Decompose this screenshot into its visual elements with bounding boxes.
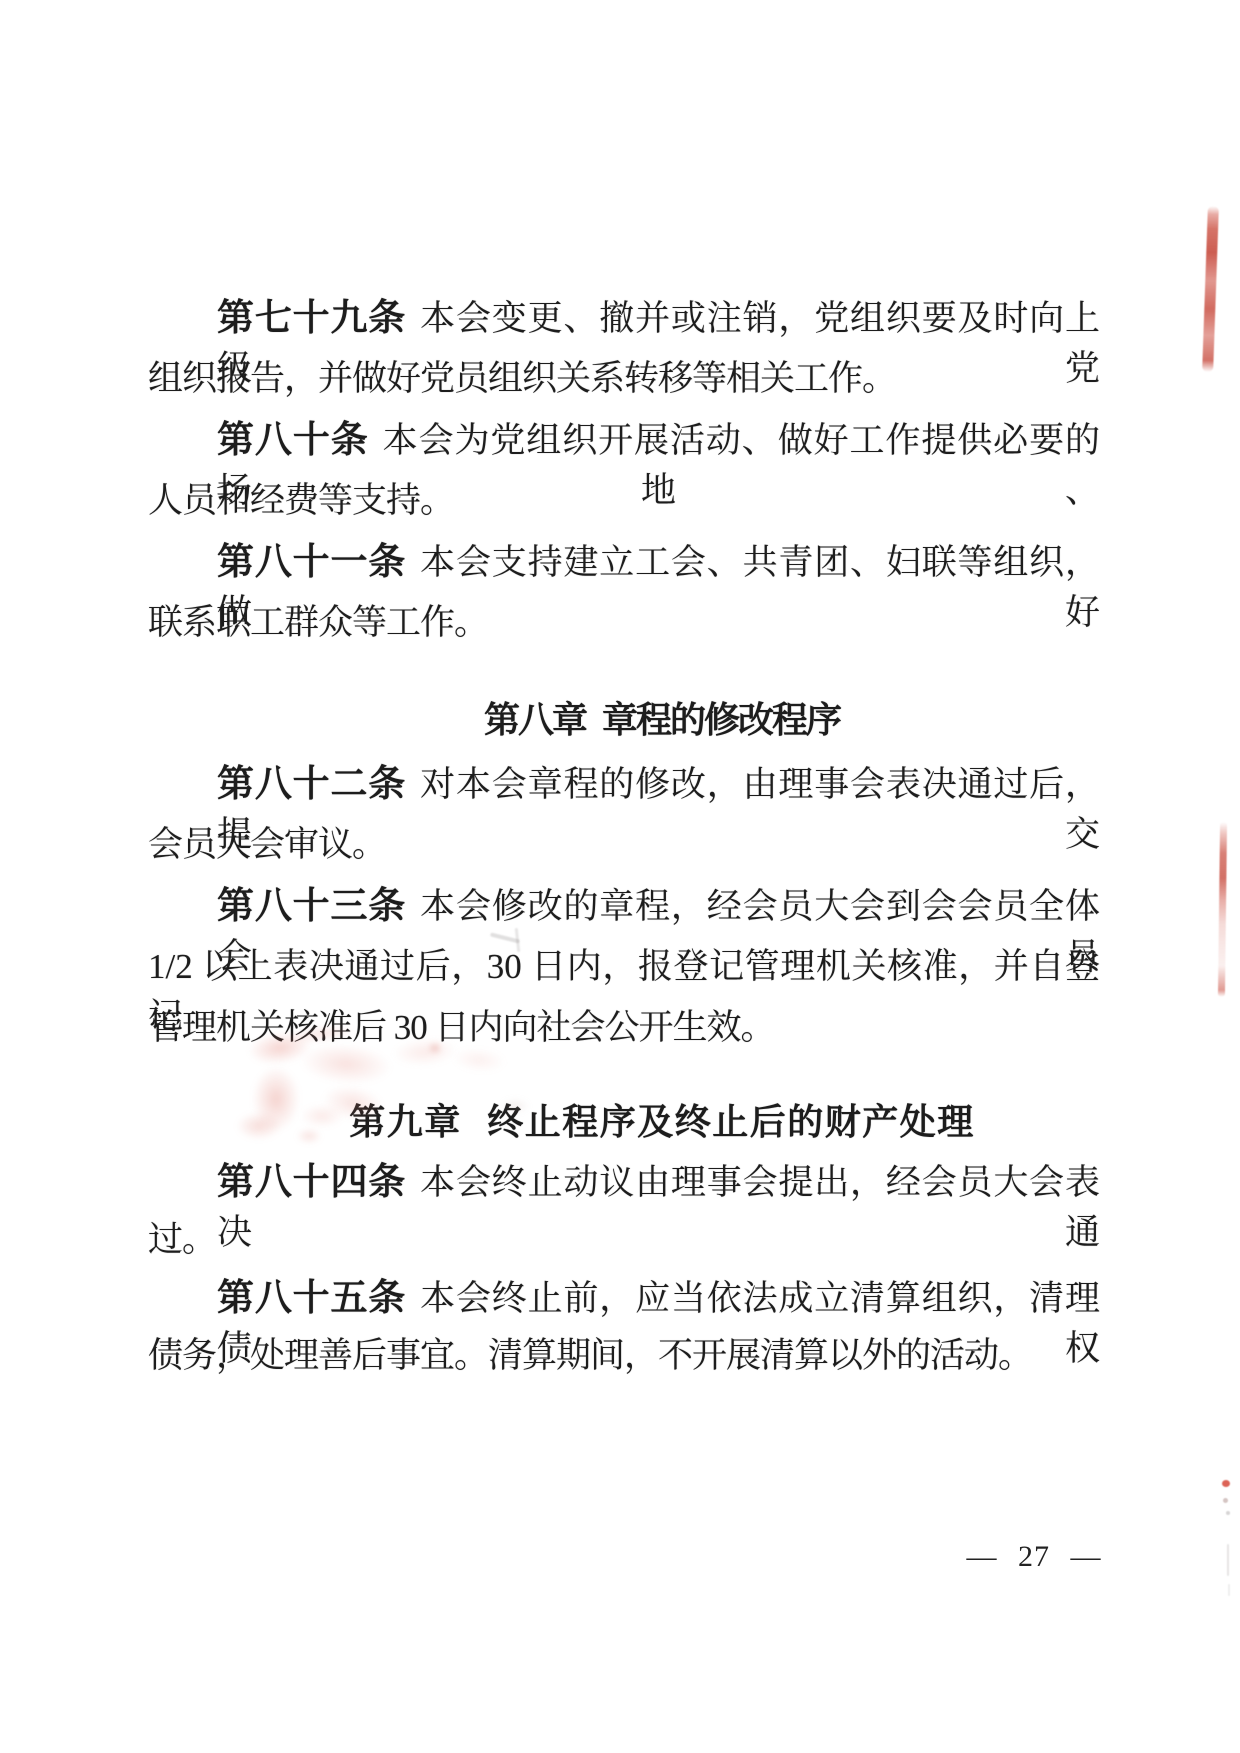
stamp-residue-blob [500, 1098, 530, 1114]
chapter-8-heading: 第八章 章程的修改程序 [186, 698, 1138, 742]
article-number: 第八十一条 [217, 541, 406, 582]
article-number: 第八十三条 [217, 885, 406, 926]
body-line: 第七十九条本会变更、撤并或注销，党组织要及时向上级党 [148, 293, 1100, 354]
chapter-9-body: 第八十四条本会终止动议由理事会提出，经会员大会表决通 过。 第八十五条本会终止前… [148, 1157, 1100, 1389]
body-text: 人员和经费等支持。 [148, 481, 454, 520]
article-number: 第八十四条 [217, 1161, 406, 1202]
stamp-residue-blob [296, 1128, 322, 1144]
page-number: — 27 — [964, 1540, 1104, 1574]
stamp-residue-blob [236, 1112, 282, 1140]
body-text: 管理机关核准后 30 日内向社会公开生效。 [148, 1008, 775, 1047]
section-gap [148, 659, 1100, 698]
red-edge-stroke-artifact [1218, 822, 1227, 997]
gray-dash-artifact [1227, 1544, 1229, 1576]
gray-dash-artifact [1228, 1584, 1230, 1596]
body-line: 1/2 以上表决通过后，30 日内，报登记管理机关核准，并自登记 [148, 942, 1100, 1003]
article-number: 第八十二条 [217, 763, 406, 804]
article-number: 第八十条 [217, 419, 369, 460]
body-line: 第八十一条本会支持建立工会、共青团、妇联等组织，做好 [148, 537, 1100, 598]
body-text: 债务，处理善后事宜。清算期间，不开展清算以外的活动。 [148, 1336, 1032, 1375]
gray-dot-artifact [1223, 1498, 1228, 1503]
red-edge-stroke-artifact [1202, 206, 1219, 372]
gray-dot-artifact [1226, 1511, 1230, 1515]
body-text: 会员大会审议。 [148, 825, 386, 864]
document-page: 第七十九条本会变更、撤并或注销，党组织要及时向上级党 组织报告，并做好党员组织关… [0, 0, 1240, 1753]
body-line: 第八十五条本会终止前，应当依法成立清算组织，清理债权 [148, 1273, 1100, 1331]
text-block: 第七十九条本会变更、撤并或注销，党组织要及时向上级党 组织报告，并做好党员组织关… [148, 293, 1100, 1389]
body-text: 过。 [148, 1220, 216, 1259]
body-text: 组织报告，并做好党员组织关系转移等相关工作。 [148, 359, 896, 398]
section-gap [148, 1144, 1100, 1157]
article-number: 第七十九条 [217, 297, 406, 338]
article-number: 第八十五条 [217, 1277, 406, 1318]
stamp-residue-blob [300, 1104, 344, 1128]
red-dot-artifact [1222, 1480, 1230, 1487]
body-line: 债务，处理善后事宜。清算期间，不开展清算以外的活动。 [148, 1331, 1100, 1389]
body-line: 第八十三条本会修改的章程，经会员大会到会会员全体会员 [148, 881, 1100, 942]
body-line: 第八十二条对本会章程的修改，由理事会表决通过后，提交 [148, 759, 1100, 820]
section-gap [148, 742, 1100, 759]
body-text: 联系职工群众等工作。 [148, 603, 488, 642]
stamp-residue-blob [428, 1042, 442, 1054]
body-line: 第八十四条本会终止动议由理事会提出，经会员大会表决通 [148, 1157, 1100, 1215]
body-line: 第八十条本会为党组织开展活动、做好工作提供必要的场地、 [148, 415, 1100, 476]
